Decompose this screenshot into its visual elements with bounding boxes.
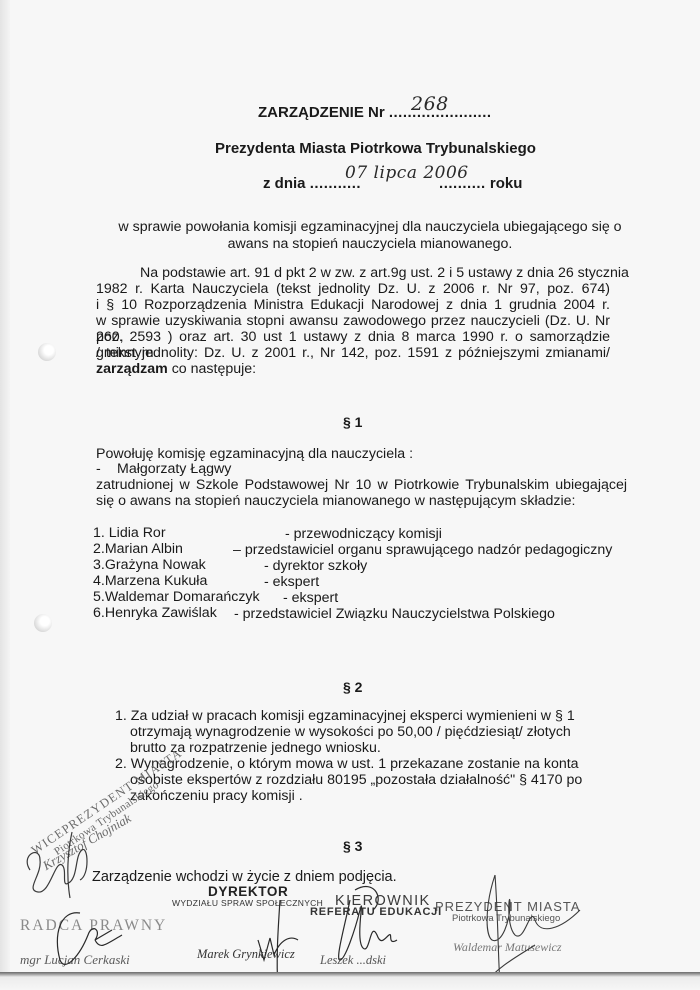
- section-2-heading: § 2: [343, 679, 362, 695]
- candidate-name: Małgorzaty Łągwy: [117, 462, 231, 478]
- section-3-heading: § 3: [343, 838, 362, 854]
- unit-head-signature-icon: [315, 880, 405, 970]
- issuing-authority: Prezydenta Miasta Piotrkowa Trybunalskie…: [215, 140, 536, 157]
- section-2-item-2-line: 2. Wynagrodzenie, o którym mowa w ust. 1…: [115, 757, 579, 773]
- member-role: - ekspert: [283, 591, 338, 607]
- section-2-item-2-line: osobiste ekspertów z rozdziału 80195 „po…: [130, 773, 582, 789]
- director-title: DYREKTOR: [208, 884, 288, 899]
- legal-counsel-signature-icon: [50, 905, 130, 975]
- member-name: 3.Grażyna Nowak: [93, 558, 206, 574]
- preamble-line: Na podstawie art. 91 d pkt 2 w zw. z art…: [140, 266, 610, 282]
- decree-word: zarządzam: [96, 361, 168, 377]
- document-title: ZARZĄDZENIE Nr ......................: [258, 104, 492, 121]
- subject-line-2: awans na stopień nauczyciela mianowanego…: [90, 237, 650, 253]
- preamble-line: / tekst jednolity: Dz. U. z 2001 r., Nr …: [96, 346, 610, 362]
- handwritten-date: 07 lipca 2006: [345, 163, 469, 183]
- member-name: 6.Henryka Zawiślak: [93, 606, 217, 622]
- subject-line-1: w sprawie powołania komisji egzaminacyjn…: [90, 220, 650, 236]
- member-role: - przewodniczący komisji: [285, 527, 442, 543]
- candidate-dash: -: [96, 462, 101, 478]
- section-2-item-1-line: otrzymają wynagrodzenie w wysokości po 5…: [130, 725, 571, 741]
- employment-line-1: zatrudnionej w Szkole Podstawowej Nr 10 …: [96, 478, 627, 494]
- member-name: 5.Waldemar Domarańczyk: [93, 590, 260, 606]
- title-prefix: ZARZĄDZENIE Nr: [258, 104, 385, 121]
- member-role: - dyrektor szkoły: [264, 559, 367, 575]
- member-role: - przedstawiciel Związku Nauczycielstwa …: [234, 607, 555, 623]
- scan-shadow: [0, 0, 10, 975]
- page-bottom-edge: [0, 972, 700, 990]
- date-prefix: z dnia: [263, 175, 306, 192]
- preamble-line: 1982 r. Karta Nauczyciela (tekst jednoli…: [96, 282, 610, 298]
- section-1-heading: § 1: [343, 414, 362, 430]
- punch-hole-icon: [38, 343, 56, 361]
- employment-line-2: się o awans na stopień nauczyciela miano…: [96, 494, 576, 510]
- document-page: ZARZĄDZENIE Nr ...................... 26…: [0, 0, 700, 975]
- member-name: 2.Marian Albin: [93, 542, 183, 558]
- member-role: - ekspert: [264, 575, 319, 591]
- preamble-line: i § 10 Rozporządzenia Ministra Edukacji …: [96, 298, 610, 314]
- decree-rest: co następuje:: [168, 361, 256, 377]
- member-name: 4.Marzena Kukuła: [93, 574, 207, 590]
- decree-line: zarządzam co następuje:: [96, 362, 256, 378]
- member-name: 1. Lidia Ror: [93, 526, 166, 542]
- handwritten-number: 268: [411, 93, 449, 115]
- date-suffix: roku: [490, 175, 523, 192]
- member-role: – przedstawiciel organu sprawującego nad…: [233, 543, 612, 559]
- punch-hole-icon: [34, 614, 52, 632]
- vice-president-signature-icon: [10, 820, 100, 900]
- section-2-item-1-line: 1. Za udział w pracach komisji egzaminac…: [115, 709, 575, 725]
